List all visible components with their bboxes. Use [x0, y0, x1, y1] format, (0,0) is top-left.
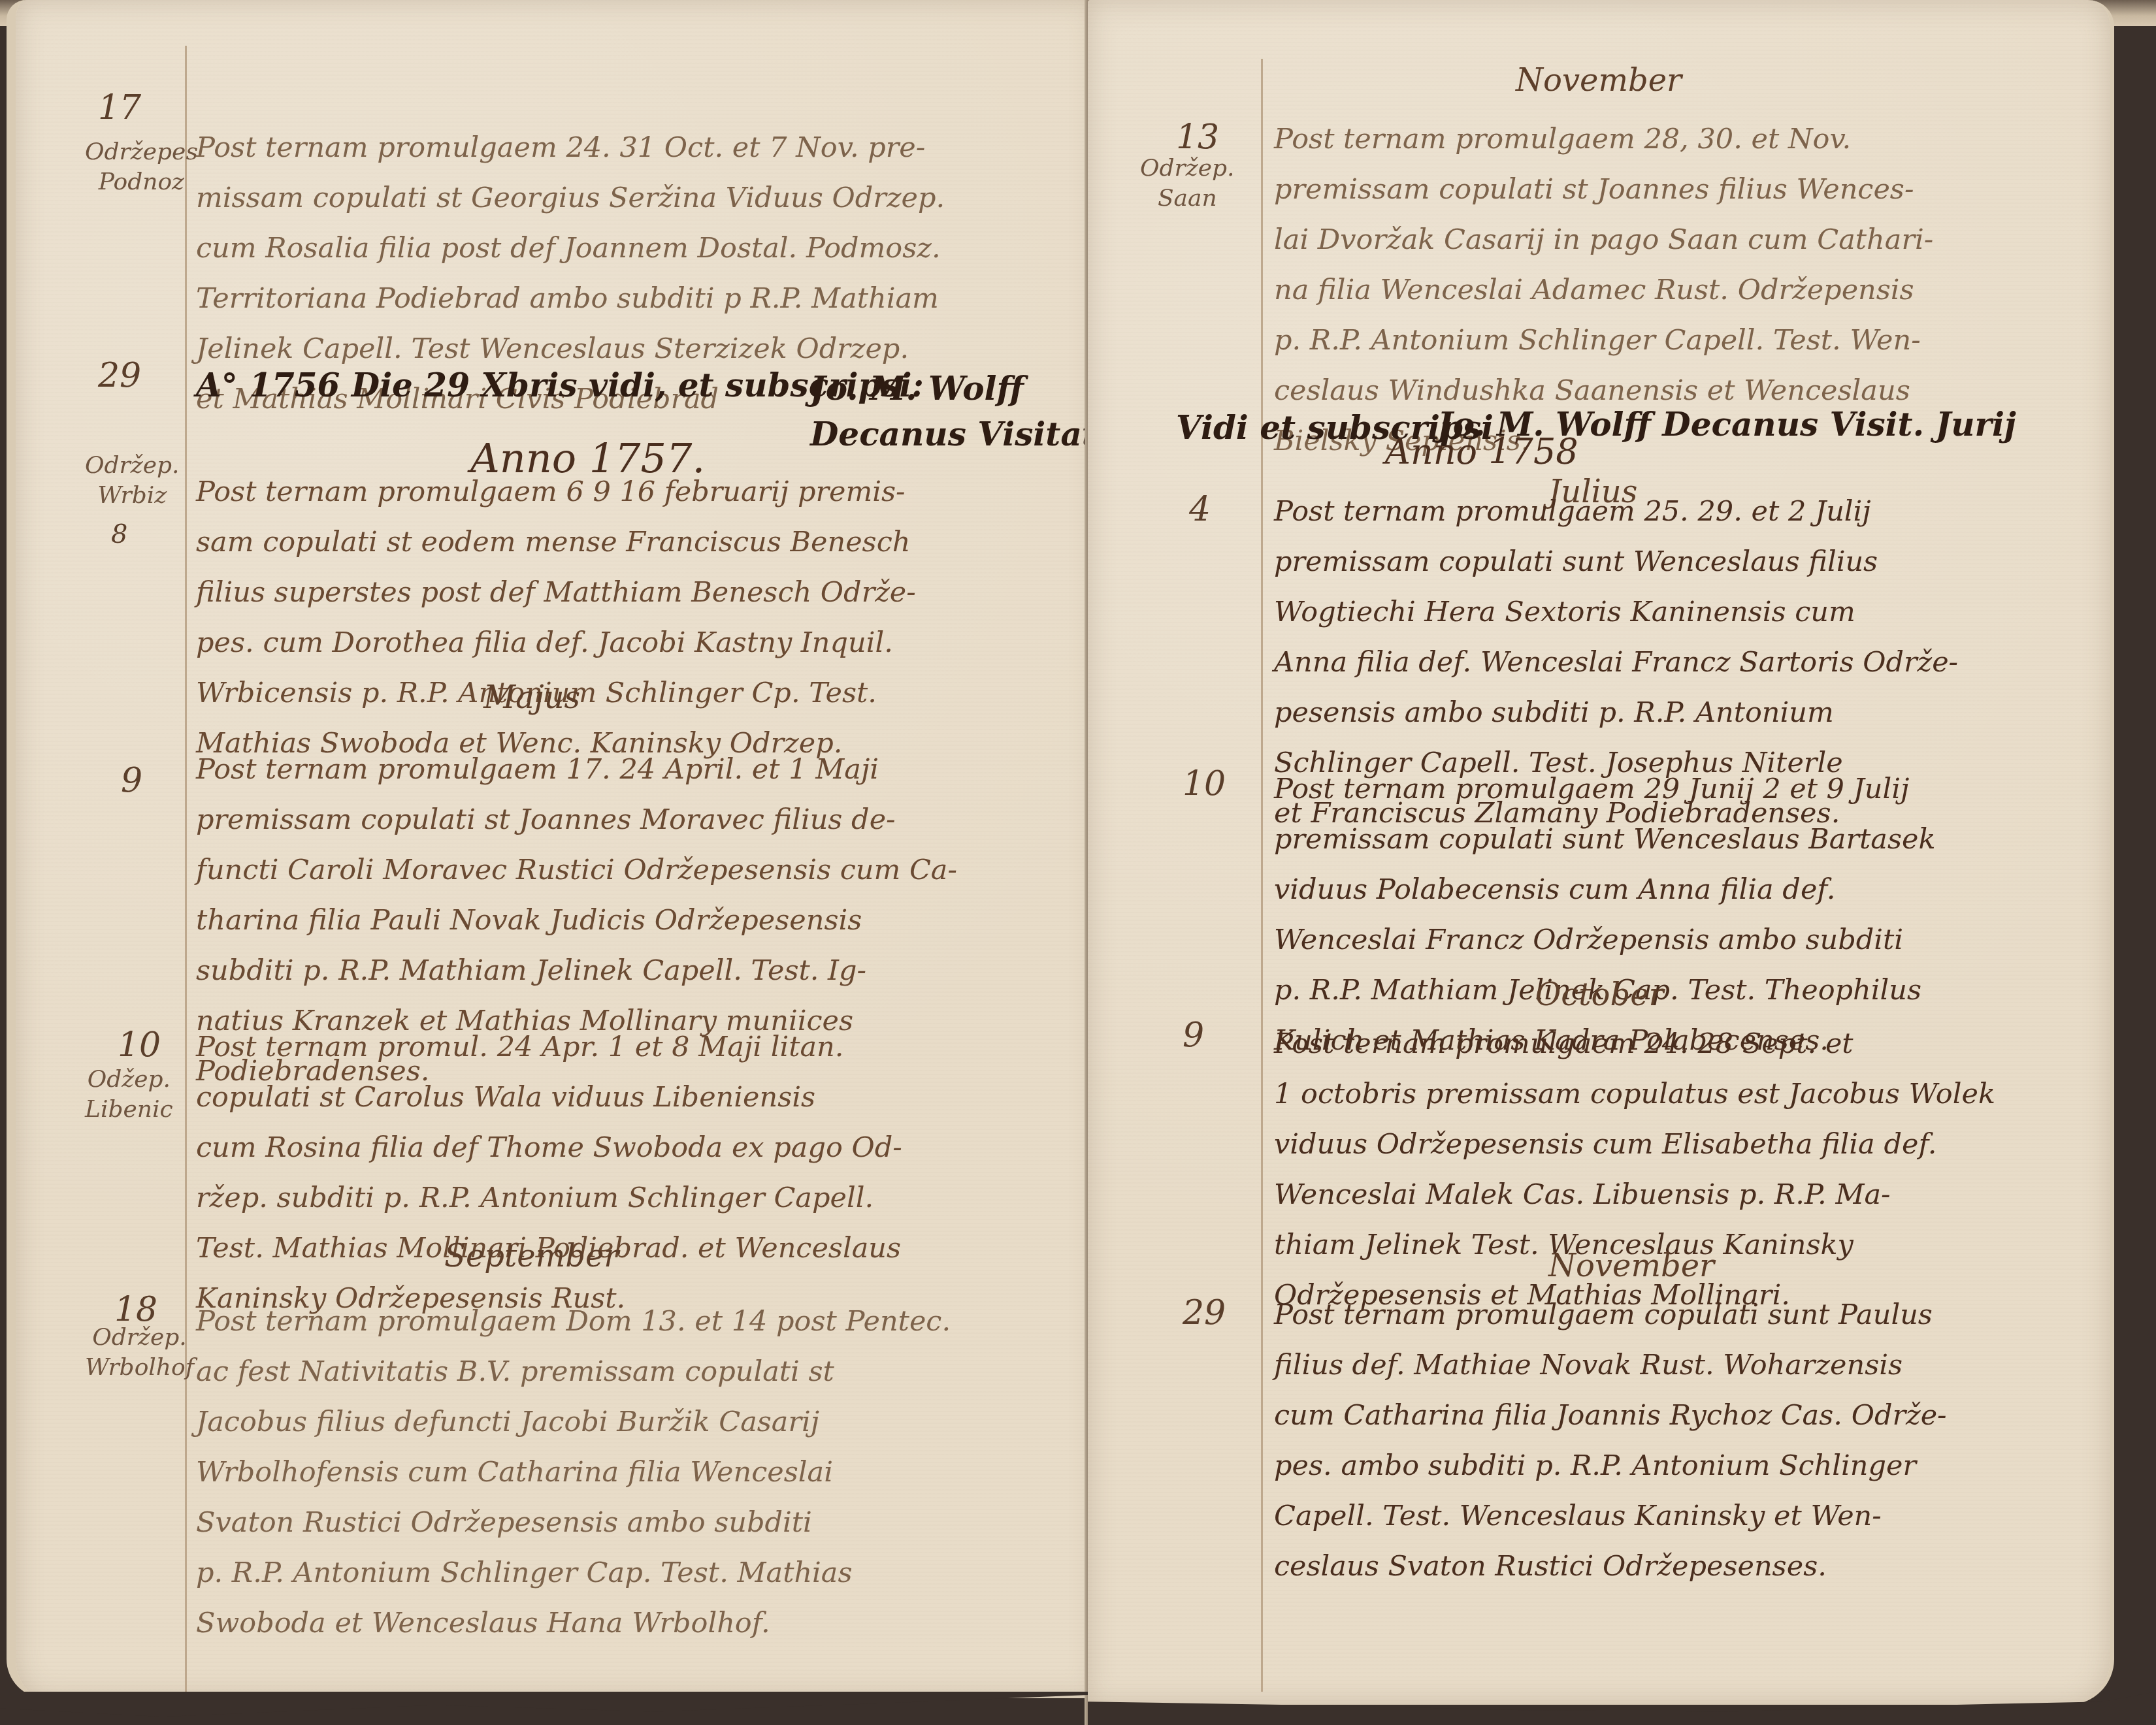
margin-place-note: Održep. Wrbiz	[85, 451, 180, 511]
margin-day: 29	[1183, 1293, 1226, 1332]
margin-day: 8	[111, 519, 127, 549]
month-heading: November	[1516, 62, 1682, 99]
month-heading: Majus	[483, 679, 580, 716]
margin-day: 9	[121, 761, 142, 800]
open-register-book: 17 Održepes Podnoz Post ternam promulgae…	[0, 0, 2156, 1725]
month-heading: September	[444, 1238, 619, 1274]
margin-day: 29	[98, 356, 141, 395]
margin-day: 4	[1189, 490, 1211, 529]
margin-day: 17	[98, 88, 141, 127]
month-heading: November	[1548, 1248, 1714, 1284]
marriage-entry: Post ternam promulgaem 6 9 16 februarij …	[196, 467, 1071, 769]
margin-day: 9	[1183, 1016, 1204, 1055]
margin-place-note: Odžep. Libenic	[85, 1065, 173, 1125]
margin-place-note: Održep. Wrbolhof	[85, 1323, 194, 1383]
year-heading: Anno 1758	[1385, 431, 1578, 472]
margin-day: 13	[1176, 118, 1219, 157]
left-margin-rule	[185, 46, 187, 1692]
right-margin-rule	[1261, 59, 1263, 1692]
margin-day: 10	[1183, 764, 1226, 803]
month-heading: October	[1535, 976, 1664, 1013]
margin-place-note: Održepes Podnoz	[85, 137, 198, 197]
margin-day: 10	[118, 1025, 161, 1065]
marriage-entry: Post ternam promul. 24 Apr. 1 et 8 Maji …	[196, 1022, 1071, 1324]
marriage-entry: Post ternam promulgaem Dom 13. et 14 pos…	[196, 1297, 1071, 1649]
margin-place-note: Održep. Saan	[1140, 153, 1235, 214]
torn-bottom-edge-left	[0, 1692, 1088, 1725]
marriage-entry: Post ternam promulgaem copulati sunt Pau…	[1274, 1290, 2097, 1592]
